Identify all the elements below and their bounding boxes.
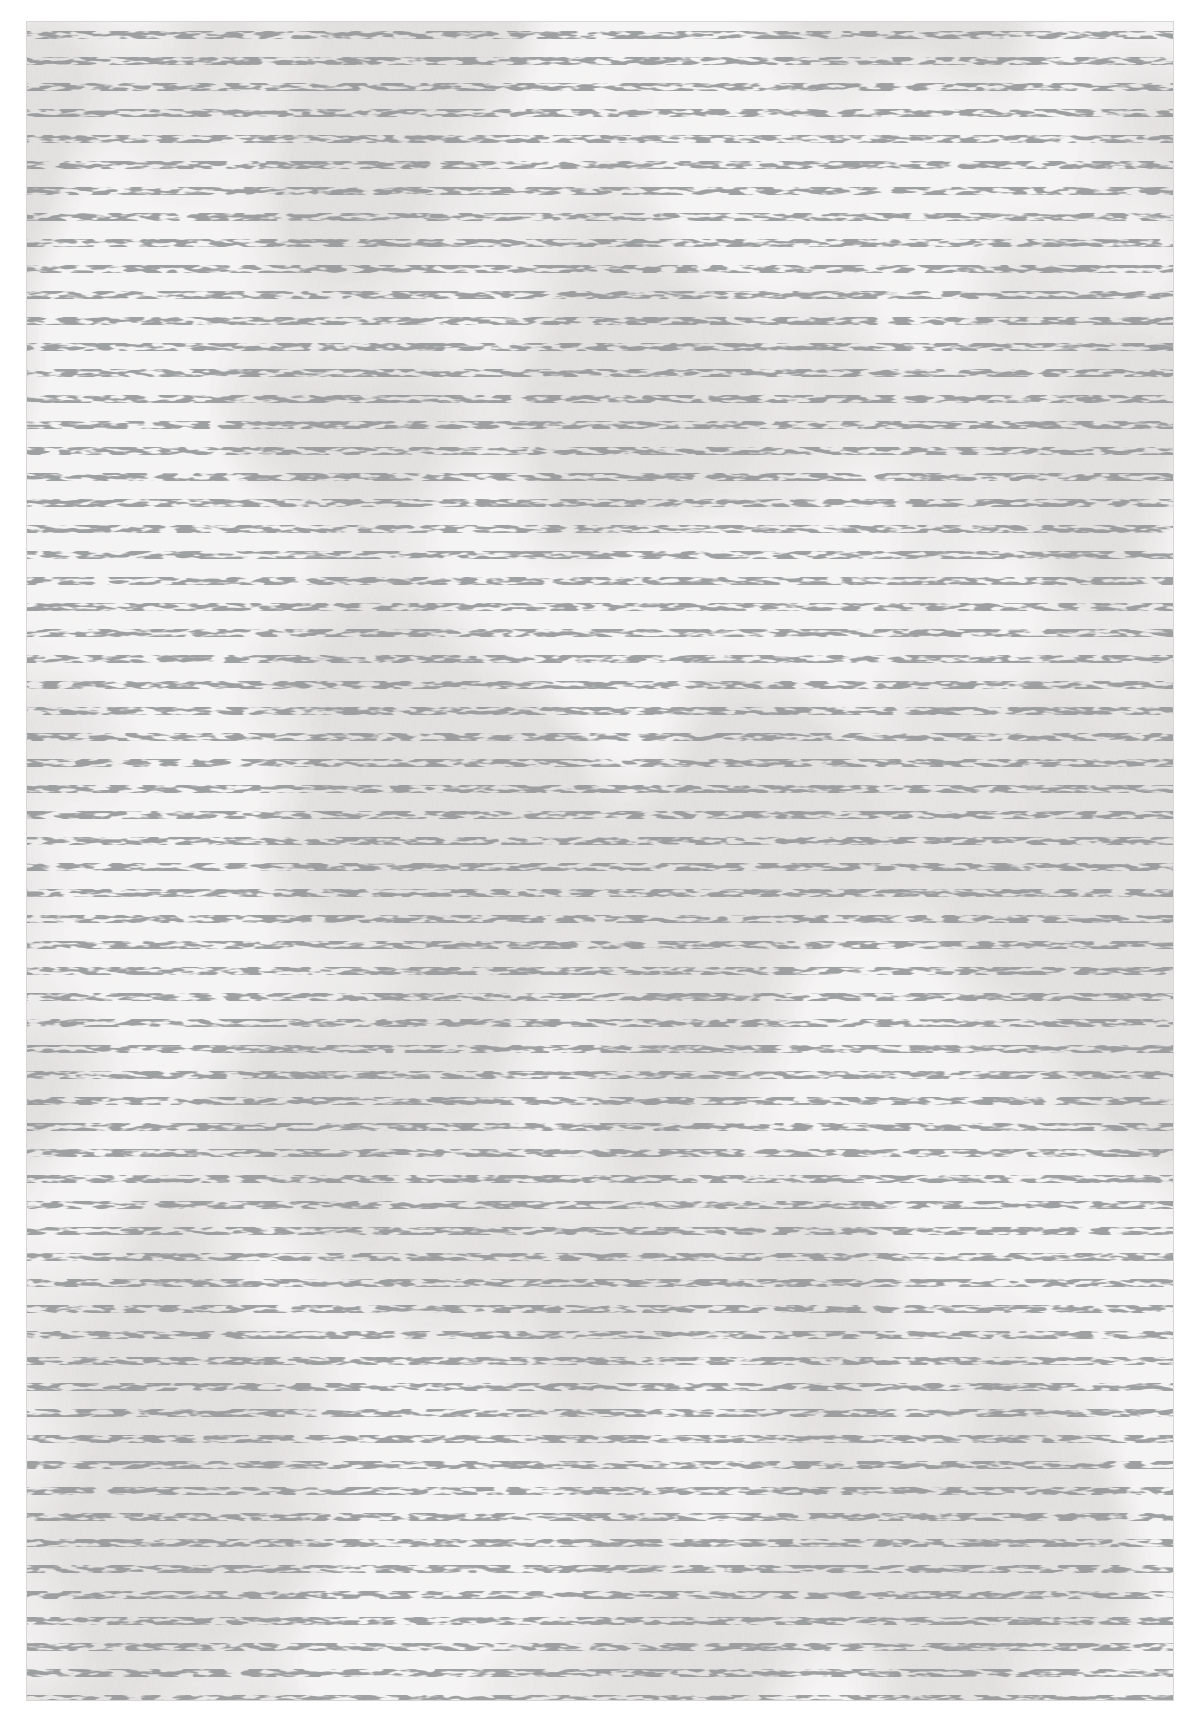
rug-texture xyxy=(27,22,1173,1700)
rug xyxy=(27,22,1173,1700)
